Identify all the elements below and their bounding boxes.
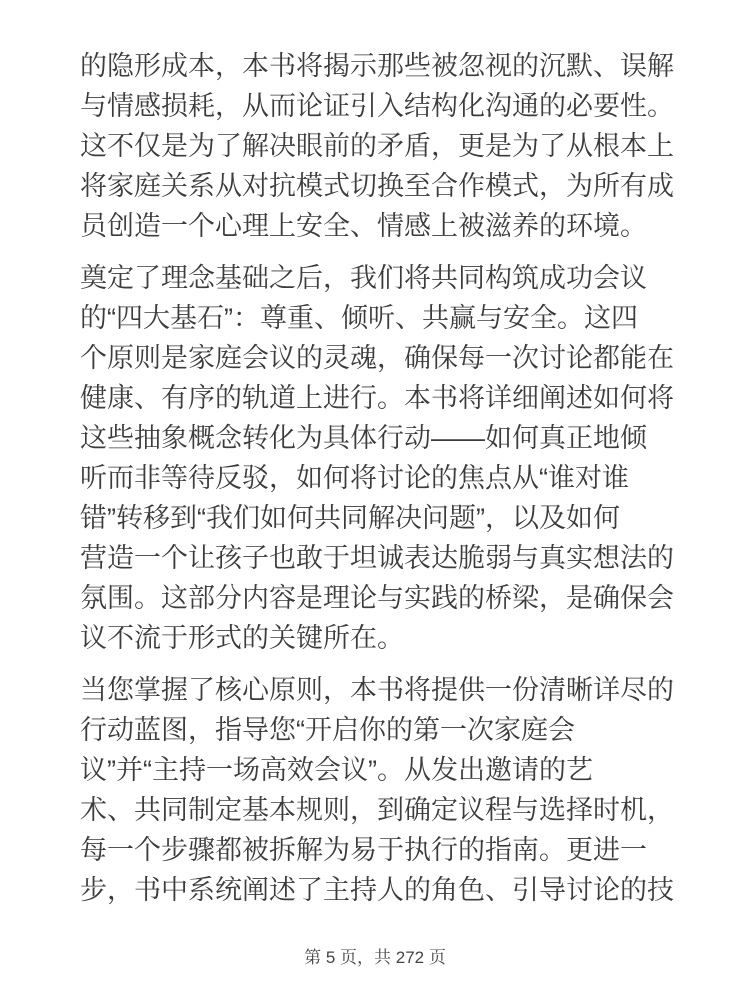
page-indicator: 第 5 页，共 272 页 xyxy=(304,948,446,967)
paragraph-2: 奠定了理念基础之后，我们将共同构筑成功会议 的“四大基石”：尊重、倾听、共赢与安… xyxy=(80,258,690,658)
document-page: 的隐形成本，本书将揭示那些被忽视的沉默、误解 与情感损耗，从而论证引入结构化沟通… xyxy=(0,0,750,1000)
document-content: 的隐形成本，本书将揭示那些被忽视的沉默、误解 与情感损耗，从而论证引入结构化沟通… xyxy=(80,46,690,922)
paragraph-1: 的隐形成本，本书将揭示那些被忽视的沉默、误解 与情感损耗，从而论证引入结构化沟通… xyxy=(80,46,690,246)
page-footer: 第 5 页，共 272 页 xyxy=(0,945,750,971)
paragraph-3: 当您掌握了核心原则，本书将提供一份清晰详尽的 行动蓝图，指导您“开启你的第一次家… xyxy=(80,670,690,910)
